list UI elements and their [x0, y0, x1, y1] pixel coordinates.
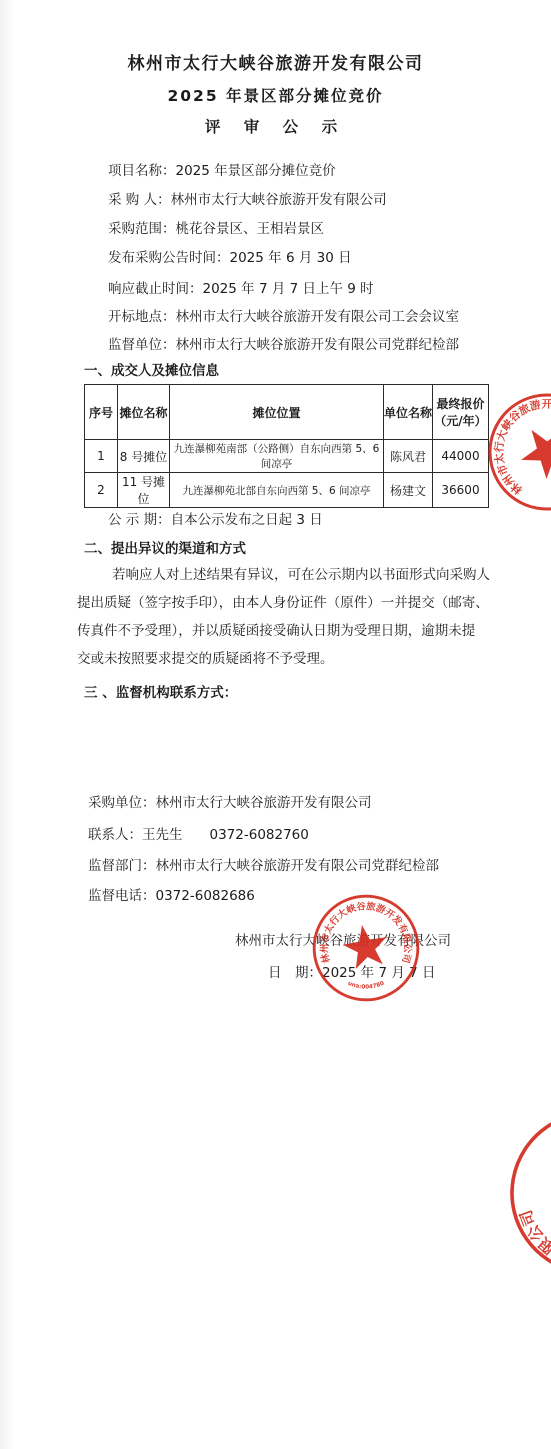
publicity-period-line: 公 示 期：自本公示发布之日起 3 日 [108, 511, 323, 530]
contact-person-phone: 联系人：王先生 0372-6082760 [88, 826, 309, 845]
objection-paragraph-line: 若响应人对上述结果有异议，可在公示期内以书面形式向采购人 [112, 566, 490, 585]
col-header-price-line2: （元/年） [433, 412, 488, 429]
scanned-announcement-page: 林州市太行大峡谷旅游开发有限公司 2025 年景区部分摊位竞价 评 审 公 示 … [0, 0, 551, 1449]
col-header-price-line1: 最终报价 [433, 395, 488, 412]
doc-title-project: 2025 年景区部分摊位竞价 [0, 87, 551, 106]
objection-paragraph-line: 交或未按照要求提交的质疑函将不予受理。 [77, 650, 334, 669]
contact-supervision-phone: 监督电话：0372-6082686 [88, 887, 255, 906]
doc-title-company: 林州市太行大峡谷旅游开发有限公司 [0, 55, 551, 74]
col-header-location: 摊位位置 [170, 385, 384, 440]
info-open-location: 开标地点：林州市太行大峡谷旅游开发有限公司工会会议室 [108, 308, 459, 327]
info-purchaser: 采 购 人：林州市太行大峡谷旅游开发有限公司 [108, 191, 387, 210]
section2-heading: 二、提出异议的渠道和方式 [84, 540, 246, 559]
col-header-name: 摊位名称 [118, 385, 170, 440]
col-header-price: 最终报价 （元/年） [433, 385, 489, 440]
seal-ring [492, 1093, 551, 1293]
section1-heading: 一、成交人及摊位信息 [84, 362, 219, 381]
cell-no: 2 [85, 473, 118, 508]
signature-company: 林州市太行大峡谷旅游开发有限公司 [235, 932, 451, 951]
info-announce-time: 发布采购公告时间：2025 年 6 月 30 日 [108, 249, 352, 268]
cell-name: 8 号摊位 [118, 440, 170, 473]
seal-star-icon [510, 415, 551, 485]
cell-name: 11 号摊位 [118, 473, 170, 508]
doc-title-publicity: 评 审 公 示 [0, 118, 551, 137]
cell-location: 九连瀑柳苑北部自东向西第 5、6 间凉亭 [170, 473, 384, 508]
contact-purchasing-unit: 采购单位：林州市太行大峡谷旅游开发有限公司 [88, 794, 372, 813]
partial-seal-bottom: 林州市太行大峡谷旅游开发有限公司 [492, 1093, 551, 1293]
cell-unit: 杨建文 [384, 473, 433, 508]
cell-no: 1 [85, 440, 118, 473]
award-table: 序号 摊位名称 摊位位置 单位名称 最终报价 （元/年） 1 8 号摊位 九连瀑… [84, 384, 489, 508]
objection-paragraph-line: 传真件不予受理），并以质疑函接受确认日期为受理日期，逾期未提 [77, 622, 475, 641]
objection-paragraph-line: 提出质疑（签字按手印），由本人身份证件（原件）一并提交（邮寄、 [77, 594, 489, 613]
table-row: 2 11 号摊位 九连瀑柳苑北部自东向西第 5、6 间凉亭 杨建文 36600 [85, 473, 489, 508]
seal-star-icon [547, 1149, 551, 1242]
cell-unit: 陈风君 [384, 440, 433, 473]
info-scope: 采购范围：桃花谷景区、王相岩景区 [108, 220, 324, 239]
info-project-name: 项目名称：2025 年景区部分摊位竞价 [108, 162, 336, 181]
cell-price: 36600 [433, 473, 489, 508]
table-header-row: 序号 摊位名称 摊位位置 单位名称 最终报价 （元/年） [85, 385, 489, 440]
svg-text:林州市太行大峡谷旅游开发有限公司: 林州市太行大峡谷旅游开发有限公司 [512, 1126, 551, 1293]
table-row: 1 8 号摊位 九连瀑柳苑南部（公路侧）自东向西第 5、6 间凉亭 陈风君 44… [85, 440, 489, 473]
col-header-unit: 单位名称 [384, 385, 433, 440]
signature-date: 日 期：2025 年 7 月 7 日 [268, 964, 436, 983]
info-supervisor-unit: 监督单位：林州市太行大峡谷旅游开发有限公司党群纪检部 [108, 336, 459, 355]
section3-heading: 三 、监督机构联系方式： [84, 684, 237, 703]
contact-supervision-dept: 监督部门：林州市太行大峡谷旅游开发有限公司党群纪检部 [88, 857, 439, 876]
cell-location: 九连瀑柳苑南部（公路侧）自东向西第 5、6 间凉亭 [170, 440, 384, 473]
seal-ring-text: 林州市太行大峡谷旅游开发有限公司 [512, 1126, 551, 1293]
col-header-no: 序号 [85, 385, 118, 440]
info-deadline: 响应截止时间：2025 年 7 月 7 日上午 9 时 [108, 280, 374, 299]
cell-price: 44000 [433, 440, 489, 473]
